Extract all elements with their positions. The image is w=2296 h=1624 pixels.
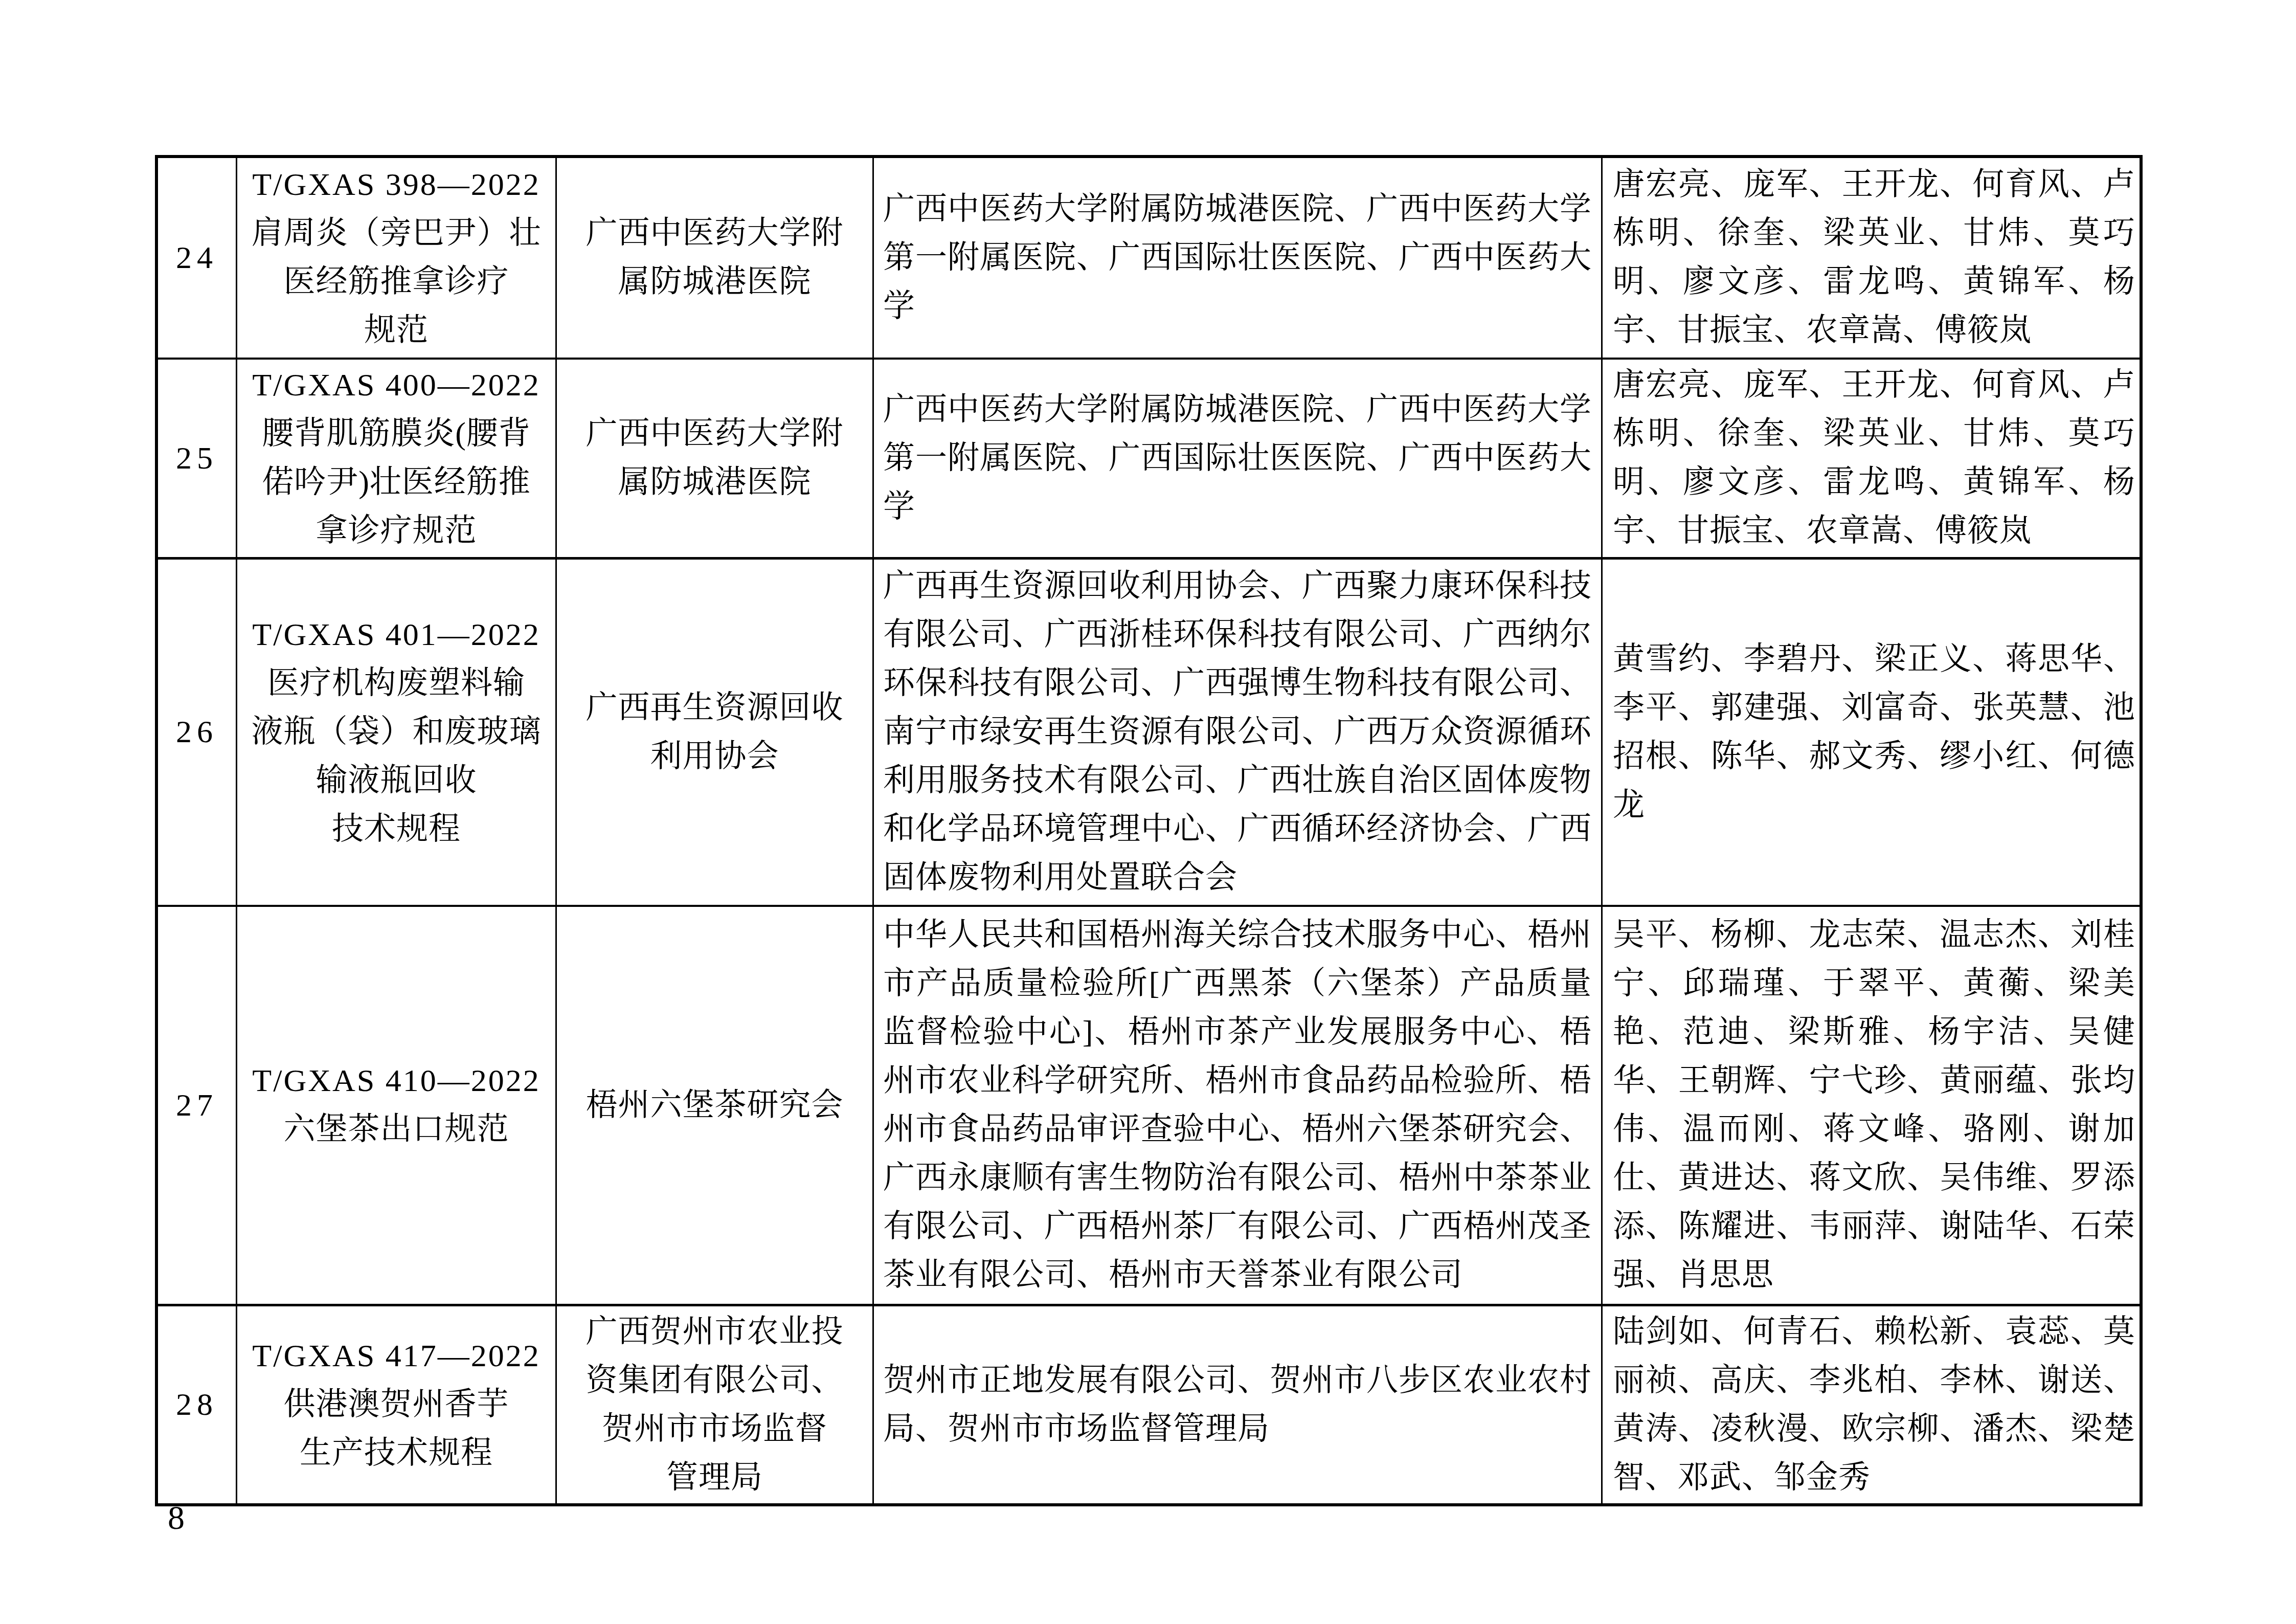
lead-org: 广西再生资源回收 利用协会 xyxy=(586,684,843,781)
table-row: 25 T/GXAS 400—2022 腰背肌筋膜炎(腰背 偌吟尹)壮医经筋推 拿… xyxy=(158,358,2140,557)
drafting-orgs: 广西中医药大学附属防城港医院、广西中医药大学第一附属医院、广西国际壮医医院、广西… xyxy=(883,185,1592,331)
drafters: 唐宏亮、庞军、王开龙、何育风、卢栋明、徐奎、梁英业、甘炜、莫巧明、廖文彦、雷龙鸣… xyxy=(1613,161,2135,355)
drafting-orgs: 贺州市正地发展有限公司、贺州市八步区农业农村局、贺州市市场监督管理局 xyxy=(883,1356,1592,1454)
table-row: 24 T/GXAS 398—2022 肩周炎（旁巴尹）壮 医经筋推拿诊疗 规范 … xyxy=(158,158,2140,358)
drafters-cell: 陆剑如、何青石、赖松新、袁蕊、莫丽祯、高庆、李兆柏、李林、谢送、黄涛、凌秋漫、欧… xyxy=(1601,1306,2146,1503)
standard-name: 供港澳贺州香芋 生产技术规程 xyxy=(252,1381,540,1478)
drafting-orgs: 中华人民共和国梧州海关综合技术服务中心、梧州市产品质量检验所[广西黑茶（六堡茶）… xyxy=(883,911,1592,1300)
seq-cell: 27 xyxy=(158,907,236,1304)
drafters-cell: 吴平、杨柳、龙志荣、温志杰、刘桂宁、邱瑞瑾、于翠平、黄蘅、梁美艳、范迪、梁斯雅、… xyxy=(1601,907,2146,1304)
standard-name: 腰背肌筋膜炎(腰背 偌吟尹)壮医经筋推 拿诊疗规范 xyxy=(252,410,540,555)
seq-number: 27 xyxy=(176,1081,218,1130)
standard-cell: T/GXAS 401—2022 医疗机构废塑料输 液瓶（袋）和废玻璃 输液瓶回收… xyxy=(236,560,555,905)
seq-cell: 26 xyxy=(158,560,236,905)
seq-cell: 24 xyxy=(158,158,236,358)
seq-number: 26 xyxy=(176,708,218,757)
lead-org: 广西中医药大学附 属防城港医院 xyxy=(586,410,843,507)
drafting-orgs-cell: 广西中医药大学附属防城港医院、广西中医药大学第一附属医院、广西国际壮医医院、广西… xyxy=(872,158,1601,358)
lead-org-cell: 梧州六堡茶研究会 xyxy=(555,907,872,1304)
lead-org-cell: 广西中医药大学附 属防城港医院 xyxy=(555,158,872,358)
standard-name: 医疗机构废塑料输 液瓶（袋）和废玻璃 输液瓶回收 技术规程 xyxy=(251,659,541,854)
standards-table: 24 T/GXAS 398—2022 肩周炎（旁巴尹）壮 医经筋推拿诊疗 规范 … xyxy=(155,155,2143,1506)
drafters-cell: 唐宏亮、庞军、王开龙、何育风、卢栋明、徐奎、梁英业、甘炜、莫巧明、廖文彦、雷龙鸣… xyxy=(1601,158,2146,358)
standard-name: 肩周炎（旁巴尹）壮 医经筋推拿诊疗 规范 xyxy=(251,209,541,355)
standard-name: 六堡茶出口规范 xyxy=(252,1105,540,1154)
drafters-cell: 黄雪约、李碧丹、梁正义、蒋思华、李平、郭建强、刘富奇、张英慧、池招根、陈华、郝文… xyxy=(1601,560,2146,905)
lead-org: 广西中医药大学附 属防城港医院 xyxy=(586,209,843,306)
seq-cell: 25 xyxy=(158,360,236,557)
document-page: 24 T/GXAS 398—2022 肩周炎（旁巴尹）壮 医经筋推拿诊疗 规范 … xyxy=(0,0,2296,1624)
drafting-orgs-cell: 广西再生资源回收利用协会、广西聚力康环保科技有限公司、广西浙桂环保科技有限公司、… xyxy=(872,560,1601,905)
drafting-orgs-cell: 贺州市正地发展有限公司、贺州市八步区农业农村局、贺州市市场监督管理局 xyxy=(872,1306,1601,1503)
seq-number: 24 xyxy=(176,234,218,282)
drafting-orgs-cell: 中华人民共和国梧州海关综合技术服务中心、梧州市产品质量检验所[广西黑茶（六堡茶）… xyxy=(872,907,1601,1304)
standard-code: T/GXAS 401—2022 xyxy=(251,611,541,659)
table-row: 26 T/GXAS 401—2022 医疗机构废塑料输 液瓶（袋）和废玻璃 输液… xyxy=(158,557,2140,905)
drafting-orgs-cell: 广西中医药大学附属防城港医院、广西中医药大学第一附属医院、广西国际壮医医院、广西… xyxy=(872,360,1601,557)
drafting-orgs: 广西中医药大学附属防城港医院、广西中医药大学第一附属医院、广西国际壮医医院、广西… xyxy=(883,386,1592,531)
lead-org: 梧州六堡茶研究会 xyxy=(586,1081,843,1130)
standard-code: T/GXAS 400—2022 xyxy=(252,361,540,410)
standard-cell: T/GXAS 417—2022 供港澳贺州香芋 生产技术规程 xyxy=(236,1306,555,1503)
drafters: 吴平、杨柳、龙志荣、温志杰、刘桂宁、邱瑞瑾、于翠平、黄蘅、梁美艳、范迪、梁斯雅、… xyxy=(1613,911,2135,1300)
standard-code: T/GXAS 398—2022 xyxy=(251,161,541,209)
table-row: 27 T/GXAS 410—2022 六堡茶出口规范 梧州六堡茶研究会 中华人民… xyxy=(158,905,2140,1304)
standard-cell: T/GXAS 398—2022 肩周炎（旁巴尹）壮 医经筋推拿诊疗 规范 xyxy=(236,158,555,358)
drafters-cell: 唐宏亮、庞军、王开龙、何育风、卢栋明、徐奎、梁英业、甘炜、莫巧明、廖文彦、雷龙鸣… xyxy=(1601,360,2146,557)
standard-code: T/GXAS 410—2022 xyxy=(252,1057,540,1105)
table-row: 28 T/GXAS 417—2022 供港澳贺州香芋 生产技术规程 广西贺州市农… xyxy=(158,1304,2140,1503)
drafters: 陆剑如、何青石、赖松新、袁蕊、莫丽祯、高庆、李兆柏、李林、谢送、黄涛、凌秋漫、欧… xyxy=(1613,1308,2135,1502)
standard-code: T/GXAS 417—2022 xyxy=(252,1332,540,1381)
drafting-orgs: 广西再生资源回收利用协会、广西聚力康环保科技有限公司、广西浙桂环保科技有限公司、… xyxy=(883,562,1592,902)
lead-org-cell: 广西中医药大学附 属防城港医院 xyxy=(555,360,872,557)
lead-org: 广西贺州市农业投 资集团有限公司、 贺州市市场监督 管理局 xyxy=(586,1308,843,1502)
lead-org-cell: 广西贺州市农业投 资集团有限公司、 贺州市市场监督 管理局 xyxy=(555,1306,872,1503)
seq-number: 25 xyxy=(176,434,218,483)
seq-number: 28 xyxy=(176,1381,218,1429)
page-number: 8 xyxy=(168,1499,186,1538)
standard-cell: T/GXAS 400—2022 腰背肌筋膜炎(腰背 偌吟尹)壮医经筋推 拿诊疗规… xyxy=(236,360,555,557)
seq-cell: 28 xyxy=(158,1306,236,1503)
standard-cell: T/GXAS 410—2022 六堡茶出口规范 xyxy=(236,907,555,1304)
drafters: 黄雪约、李碧丹、梁正义、蒋思华、李平、郭建强、刘富奇、张英慧、池招根、陈华、郝文… xyxy=(1613,635,2135,830)
drafters: 唐宏亮、庞军、王开龙、何育风、卢栋明、徐奎、梁英业、甘炜、莫巧明、廖文彦、雷龙鸣… xyxy=(1613,361,2135,555)
lead-org-cell: 广西再生资源回收 利用协会 xyxy=(555,560,872,905)
